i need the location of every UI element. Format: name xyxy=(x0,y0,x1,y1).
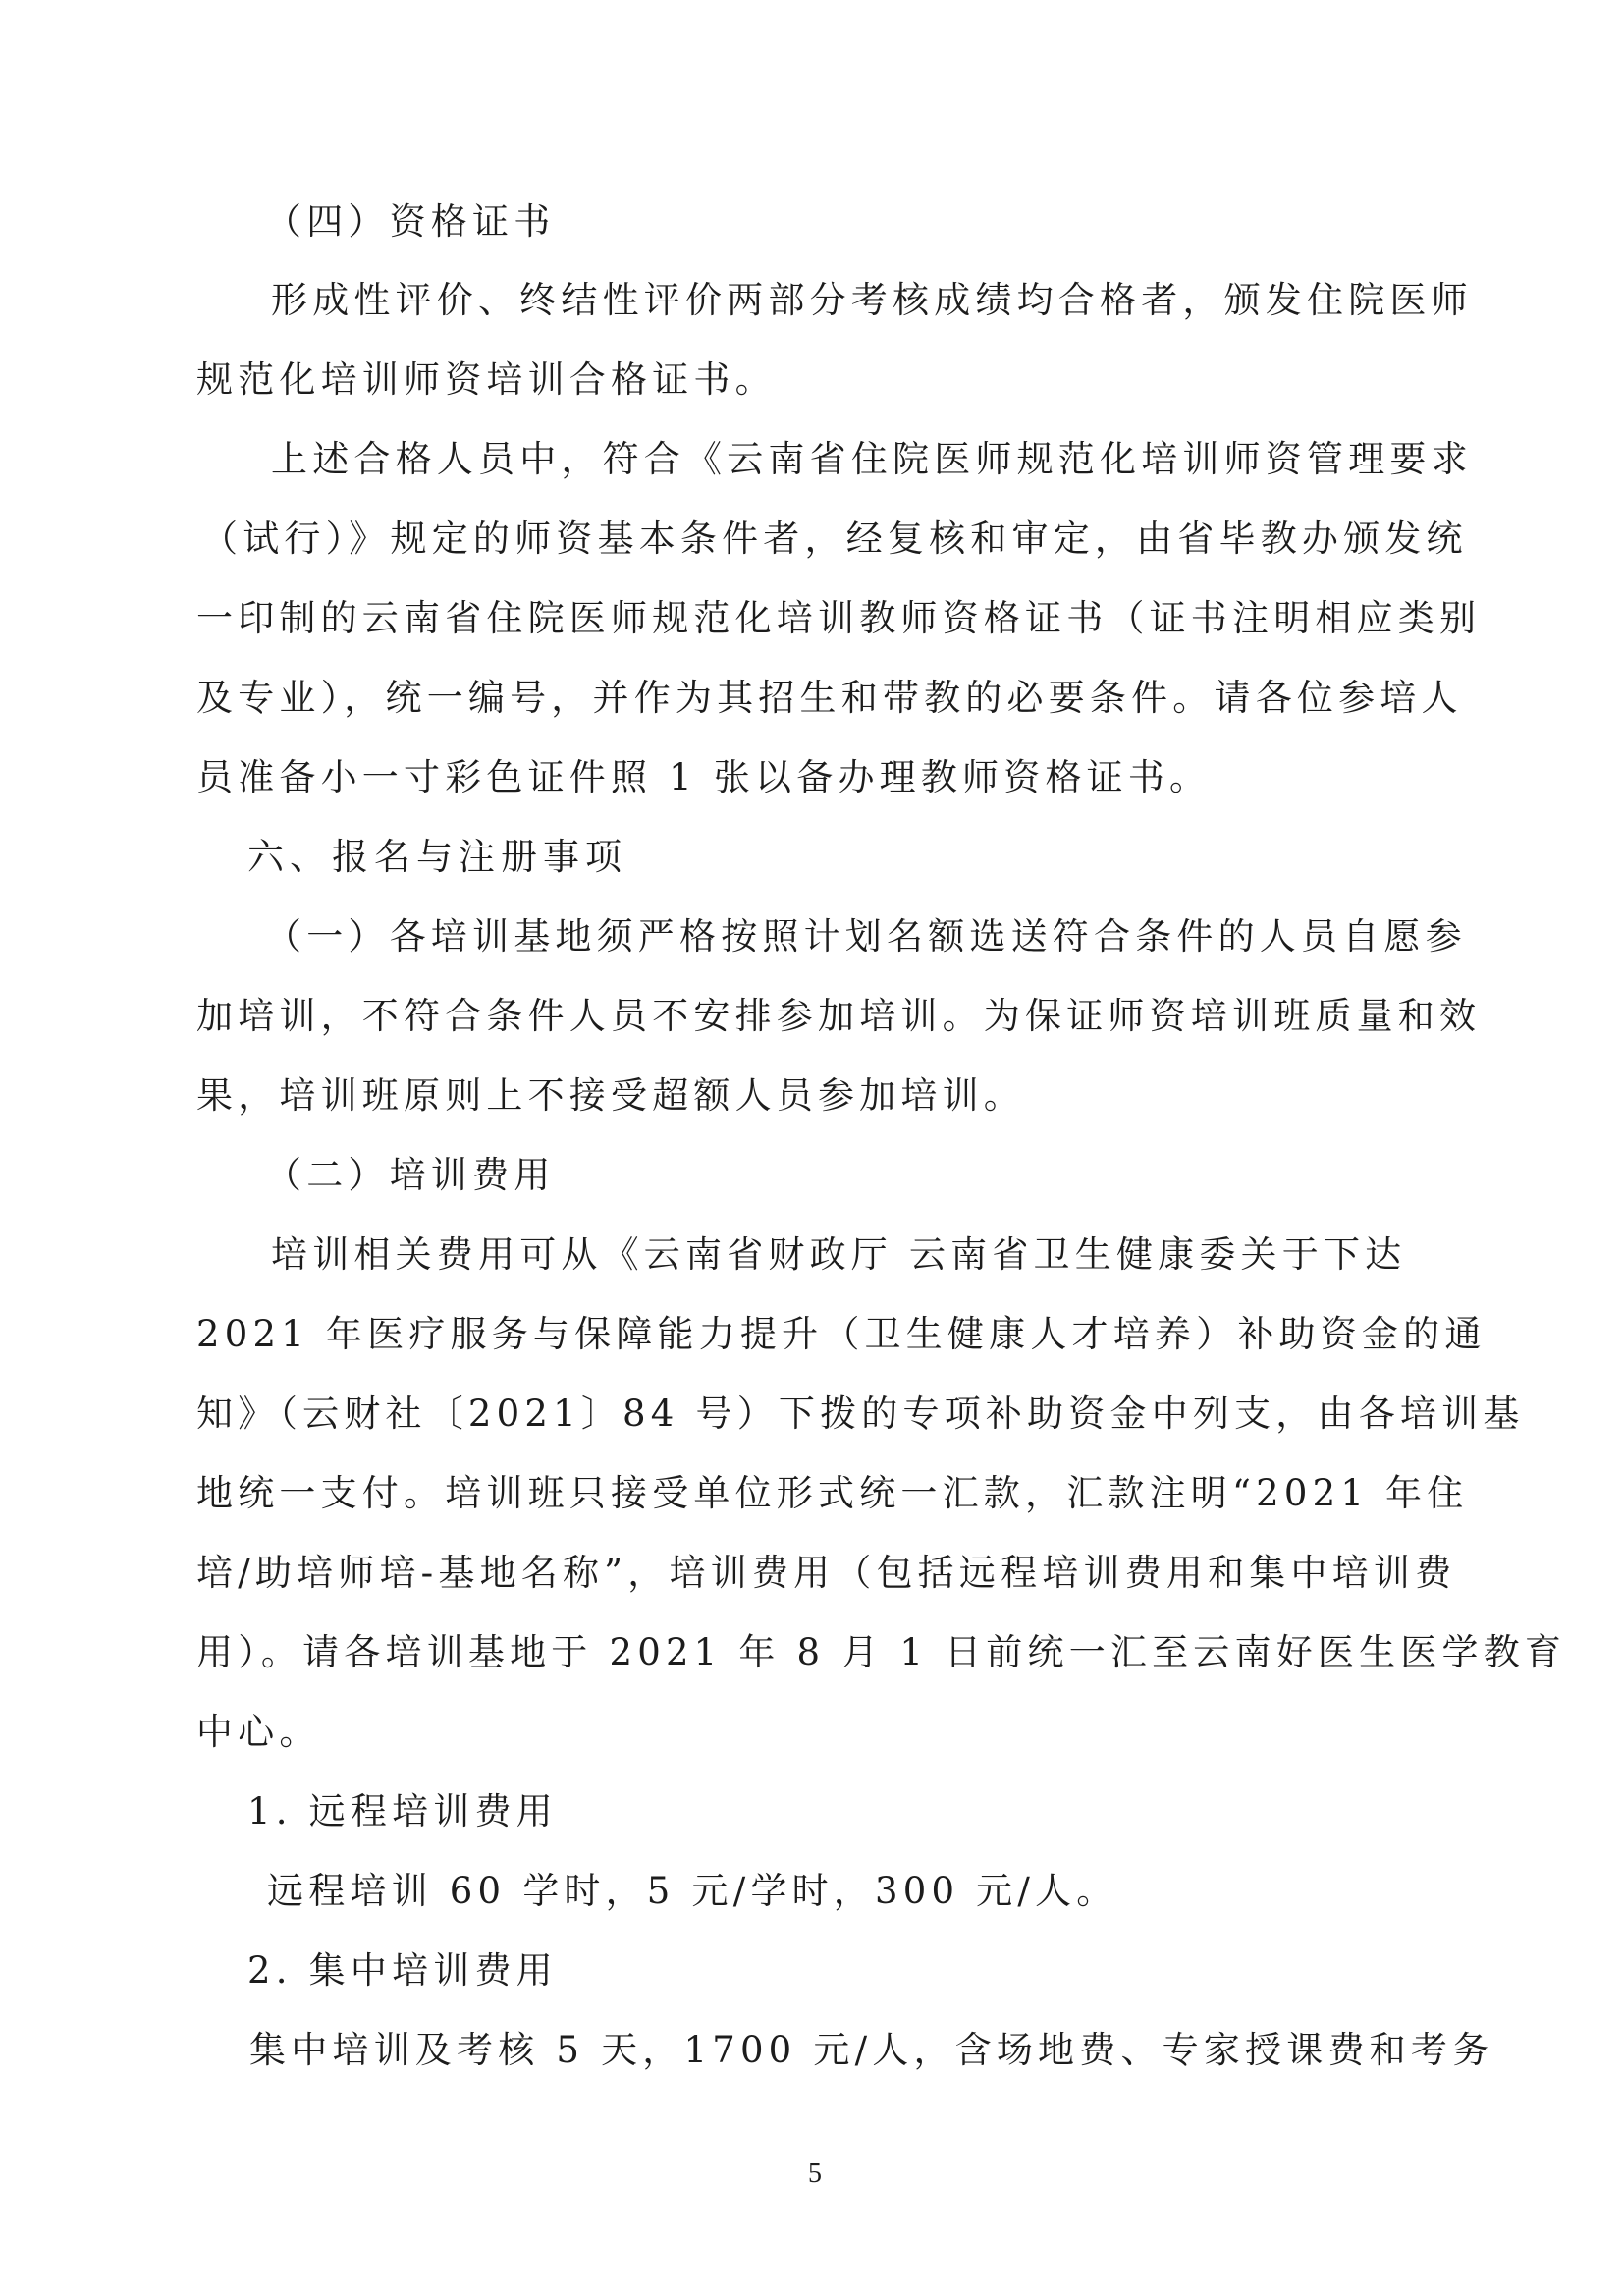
paragraph-line: 远程培训 60 学时，5 元/学时，300 元/人。 xyxy=(267,1867,1467,1916)
paragraph-line: 上述合格人员中，符合《云南省住院医师规范化培训师资管理要求 xyxy=(271,435,1471,484)
subsection-heading-certificate: （四）资格证书 xyxy=(265,197,1465,246)
paragraph-line: 2021 年医疗服务与保障能力提升（卫生健康人才培养）补助资金的通 xyxy=(196,1310,1396,1359)
paragraph-line: 形成性评价、终结性评价两部分考核成绩均合格者，颁发住院医师 xyxy=(271,276,1471,325)
paragraph-line: 及专业），统一编号，并作为其招生和带教的必要条件。请各位参培人 xyxy=(196,674,1396,723)
paragraph-line: 集中培训及考核 5 天，1700 元/人，含场地费、专家授课费和考务 xyxy=(249,2026,1449,2075)
paragraph-line: 果，培训班原则上不接受超额人员参加培训。 xyxy=(196,1071,1396,1121)
paragraph-line: （试行）》规定的师资基本条件者，经复核和审定，由省毕教办颁发统 xyxy=(201,515,1401,564)
paragraph-line: 培训相关费用可从《云南省财政厅 云南省卫生健康委关于下达 xyxy=(271,1230,1471,1280)
paragraph-line: 知》（云财社〔2021〕84 号）下拨的专项补助资金中列支，由各培训基 xyxy=(196,1390,1396,1439)
subsection-heading-fees: （二）培训费用 xyxy=(265,1151,1465,1200)
document-page: （四）资格证书 形成性评价、终结性评价两部分考核成绩均合格者，颁发住院医师 规范… xyxy=(0,0,1623,2296)
list-item-heading-onsite-fee: 2. 集中培训费用 xyxy=(247,1946,1447,1995)
paragraph-line: 员准备小一寸彩色证件照 1 张以备办理教师资格证书。 xyxy=(196,753,1396,802)
paragraph-line: 一印制的云南省住院医师规范化培训教师资格证书（证书注明相应类别 xyxy=(196,594,1396,643)
page-number: 5 xyxy=(805,2157,825,2192)
paragraph-line: 用）。请各培训基地于 2021 年 8 月 1 日前统一汇至云南好医生医学教育 xyxy=(196,1628,1396,1677)
paragraph-line: 加培训，不符合条件人员不安排参加培训。为保证师资培训班质量和效 xyxy=(196,992,1396,1041)
list-item-heading-remote-fee: 1. 远程培训费用 xyxy=(247,1787,1447,1836)
paragraph-line: 规范化培训师资培训合格证书。 xyxy=(196,355,1396,405)
subsection-line: （一）各培训基地须严格按照计划名额选送符合条件的人员自愿参 xyxy=(265,912,1465,961)
paragraph-line: 地统一支付。培训班只接受单位形式统一汇款，汇款注明“2021 年住 xyxy=(196,1469,1396,1518)
paragraph-line: 培/助培师培-基地名称”，培训费用（包括远程培训费用和集中培训费 xyxy=(196,1549,1396,1598)
paragraph-line: 中心。 xyxy=(196,1708,1396,1757)
section-heading-registration: 六、报名与注册事项 xyxy=(247,833,1447,882)
